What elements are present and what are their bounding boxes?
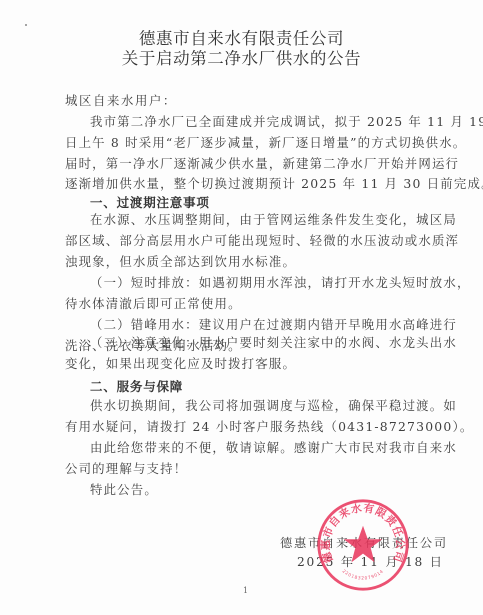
text-line: 浊现象，但水质全部达到饮用水标准。 — [65, 252, 422, 273]
intro-paragraph: 我市第二净水厂已全面建成并完成调试，拟于 2025 年 11 月 19 日上午 … — [65, 112, 422, 195]
company-seal-icon: 德惠市自来水有限责任公司 2201832079014 — [315, 497, 411, 593]
text-line: 公司的理解与支持！ — [65, 459, 422, 480]
svg-text:2201832079014: 2201832079014 — [341, 568, 385, 581]
section1-intro-paragraph: 在水源、水压调整期间，由于管网运维条件发生变化，城区局 部区域、部分高层用水户可… — [65, 210, 422, 272]
text-line: （一）短时排放：如遇初期用水浑浊，请打开水龙头短时放水， — [65, 273, 422, 294]
text-line: 由此给您带来的不便，敬请谅解。感谢广大市民对我市自来水 — [65, 438, 422, 459]
section-heading-service: 二、服务与保障 — [90, 378, 183, 396]
item-watch-changes-text: （三）注意变化：用水户要时刻关注家中的水阀、水龙头出水 变化，如果出现变化应及时… — [65, 333, 422, 375]
text-line: 在水源、水压调整期间，由于管网运维条件发生变化，城区局 — [65, 210, 422, 231]
text-line: 日上午 8 时采用“老厂逐步减量，新厂逐日增量”的方式切换供水。 — [65, 133, 422, 154]
item-short-discharge: （一）短时排放：如遇初期用水浑浊，请打开水龙头短时放水， 待水体清澈后即可正常使… — [65, 273, 422, 315]
closing-paragraph: 由此给您带来的不便，敬请谅解。感谢广大市民对我市自来水 公司的理解与支持！ — [65, 438, 422, 480]
text-line: 待水体清澈后即可正常使用。 — [65, 294, 422, 315]
text-line: 届时，第一净水厂逐渐减少供水量，新建第二净水厂开始并网运行 — [65, 154, 422, 175]
document-page: 德惠市自来水有限责任公司 关于启动第二净水厂供水的公告 城区自来水用户： 我市第… — [0, 0, 483, 615]
text-line: 部区域、部分高层用水户可能出现短时、轻微的水压波动或水质浑 — [65, 231, 422, 252]
scan-speck — [25, 24, 27, 26]
document-title-subject: 关于启动第二净水厂供水的公告 — [0, 49, 483, 69]
page-number: 1 — [243, 586, 248, 595]
section2-paragraph: 供水切换期间，我公司将加强调度与巡检，确保平稳过渡。如 有用水疑问，请拨打 24… — [65, 396, 422, 438]
document-title-company: 德惠市自来水有限责任公司 — [0, 29, 483, 49]
salutation: 城区自来水用户： — [65, 91, 177, 109]
text-line: 逐渐增加供水量，整个切换过渡期预计 2025 年 11 月 30 日前完成。 — [65, 174, 422, 195]
text-line: 我市第二净水厂已全面建成并完成调试，拟于 2025 年 11 月 19 — [65, 112, 422, 133]
text-line: （三）注意变化：用水户要时刻关注家中的水阀、水龙头出水 — [65, 333, 422, 354]
text-line: 供水切换期间，我公司将加强调度与巡检，确保平稳过渡。如 — [65, 396, 422, 417]
text-line: 变化，如果出现变化应及时拨打客服。 — [65, 354, 422, 375]
text-line: 有用水疑问，请拨打 24 小时客户服务热线（0431-87273000）。 — [65, 417, 422, 438]
